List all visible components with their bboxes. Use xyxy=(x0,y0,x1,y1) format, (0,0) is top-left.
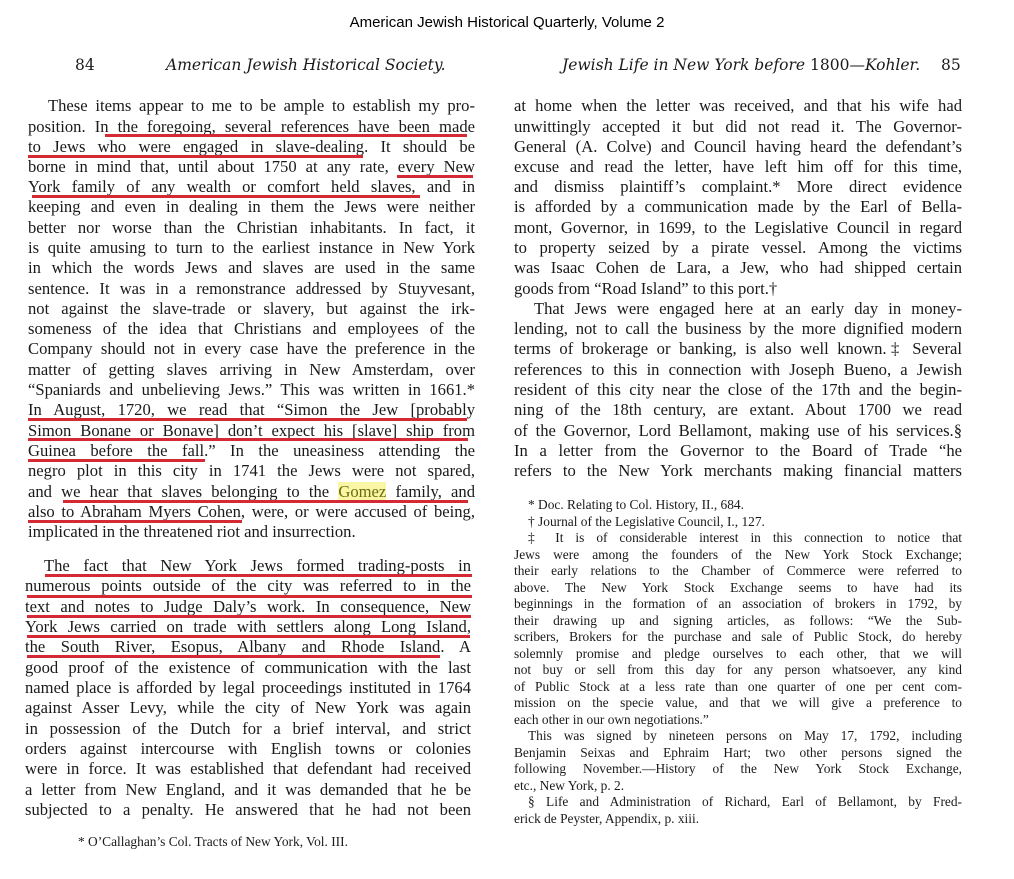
text-line: ning of the 18th century, are extant. Ab… xyxy=(514,400,962,420)
footnote: † Journal of the Legislative Council, I.… xyxy=(528,514,765,531)
underline-annotation xyxy=(28,438,468,441)
underline-annotation xyxy=(105,134,467,137)
text-line: not against the slave-trade or slavery, … xyxy=(28,299,475,319)
text-line: references to this in connection with Jo… xyxy=(514,360,962,380)
text-line: borne in mind that, until about 1750 at … xyxy=(28,157,475,177)
text-line: the South River, Esopus, Albany and Rhod… xyxy=(25,637,471,657)
text-line: and dismiss plaintiff’s complaint.* More… xyxy=(514,177,962,197)
text-line: matter of getting slaves arriving in New… xyxy=(28,360,475,380)
text-line: negro plot in this city in 1741 the Jews… xyxy=(28,461,475,481)
footnote: following November.—History of the New Y… xyxy=(514,761,962,778)
underline-annotation xyxy=(28,520,242,523)
text-line: is quite amusing to turn to the earliest… xyxy=(28,238,475,258)
text-line: mont, Governor, in 1699, to the Legislat… xyxy=(514,218,962,238)
footnote: * Doc. Relating to Col. History, II., 68… xyxy=(528,497,744,514)
underline-annotation xyxy=(27,635,470,638)
underline-annotation xyxy=(397,175,473,178)
text-line: in which the words Jews and slaves are u… xyxy=(28,258,475,278)
text-line: to Jews who were engaged in slave-dealin… xyxy=(28,137,475,157)
text-line: keeping and even in dealing in them the … xyxy=(28,197,475,217)
text-line: and we hear that slaves belonging to the… xyxy=(28,482,475,502)
text-line: numerous points outside of the city was … xyxy=(25,576,471,596)
text-line: subjected to a penalty. He answered that… xyxy=(25,800,471,820)
text-line: to property seized by a pirate vessel. A… xyxy=(514,238,962,258)
underline-annotation xyxy=(28,155,363,158)
underline-annotation xyxy=(28,459,205,462)
footnote: Benjamin Seixas and Ephraim Hart; two ot… xyxy=(514,745,962,762)
text-line: unwittingly accepted it but did not read… xyxy=(514,117,962,137)
running-head-title: American Jewish Historical Society. xyxy=(166,56,446,74)
running-head-title: Jewish Life in New York before 1800—Kohl… xyxy=(562,56,920,74)
running-head-year: 1800 xyxy=(810,56,849,74)
underline-annotation xyxy=(32,195,420,198)
highlighted-word: Gomez xyxy=(338,482,386,501)
footnote: mission on the specie value, and that we… xyxy=(514,695,962,712)
text-line: orders against intercourse with English … xyxy=(25,739,471,759)
window-title: American Jewish Historical Quarterly, Vo… xyxy=(0,14,1014,31)
page-number: 85 xyxy=(941,56,961,74)
text-line: in possession of the Dutch for a brief i… xyxy=(25,719,471,739)
footnote: their early relations to the Chamber of … xyxy=(514,563,962,580)
running-head-italic: Jewish Life in New York before xyxy=(562,56,805,74)
footnote: each other in our own negotiations.” xyxy=(514,712,709,729)
text-line: York Jews carried on trade with settlers… xyxy=(25,617,471,637)
footnote: erick de Peyster, Appendix, p. xiii. xyxy=(514,811,699,828)
text-line: General (A. Colve) and Council having he… xyxy=(514,137,962,157)
text-line: is afforded by a communication made by t… xyxy=(514,197,962,217)
underline-annotation xyxy=(28,418,467,421)
underline-annotation xyxy=(27,655,440,658)
text-line: also to Abraham Myers Cohen, were, or we… xyxy=(28,502,475,522)
underline-annotation xyxy=(63,500,468,503)
text-span: family, and xyxy=(386,482,475,501)
text-line: These items appear to me to be ample to … xyxy=(48,96,475,116)
text-line: In August, 1720, we read that “Simon the… xyxy=(28,400,475,420)
text-line: “Spaniards and unbelieving Jews.” This w… xyxy=(28,380,475,400)
text-line: someness of the idea that Christians and… xyxy=(28,319,475,339)
text-line: was Isaac Cohen de Lara, a Jew, who had … xyxy=(514,258,962,278)
text-line: against Asser Levy, while the city of Ne… xyxy=(25,698,471,718)
running-head-author: —Kohler. xyxy=(849,56,920,74)
footnote: solemnly promise and pledge ourselves to… xyxy=(514,646,962,663)
text-line: lending, not to call the business by the… xyxy=(514,319,962,339)
text-line: a letter from New England, and it was de… xyxy=(25,780,471,800)
text-line: named place is afforded by legal proceed… xyxy=(25,678,471,698)
footnote: their drawing up and signing articles, a… xyxy=(514,613,962,630)
footnote: of Public Stock at a less rate than one … xyxy=(514,679,962,696)
footnote: § Life and Administration of Richard, Ea… xyxy=(528,794,962,811)
underline-annotation xyxy=(45,574,472,577)
text-line: York family of any wealth or comfort hel… xyxy=(28,177,475,197)
footnote: Jews were among the founders of the New … xyxy=(514,547,962,564)
text-line: implicated in the threatened riot and in… xyxy=(28,522,475,542)
text-line: terms of brokerage or banking, is also w… xyxy=(514,339,962,359)
text-line: sentence. It was in a remonstrance addre… xyxy=(28,279,475,299)
text-line: better nor worse than the Christian inha… xyxy=(28,218,475,238)
footnote: ‡ It is of considerable interest in this… xyxy=(528,530,962,547)
text-line: text and notes to Judge Daly’s work. In … xyxy=(25,597,471,617)
text-line: goods from “Road Island” to this port.† xyxy=(514,279,962,299)
text-line: at home when the letter was received, an… xyxy=(514,96,962,116)
text-line: of the Governor, Lord Bellamont, making … xyxy=(514,421,962,441)
text-line: good proof of the existence of communica… xyxy=(25,658,471,678)
text-line: resident of this city near the close of … xyxy=(514,380,962,400)
text-line: refers to the New York merchants making … xyxy=(514,461,962,481)
text-line: Guinea before the fall.” In the uneasine… xyxy=(28,441,475,461)
text-line: In a letter from the Governor to the Boa… xyxy=(514,441,962,461)
footnote: not buy or sell from this day for any pe… xyxy=(514,662,962,679)
footnote: etc., New York, p. 2. xyxy=(514,778,624,795)
page-number: 84 xyxy=(75,56,95,74)
underline-annotation xyxy=(27,595,472,598)
underline-annotation xyxy=(27,615,471,618)
footnote: * O’Callaghan’s Col. Tracts of New York,… xyxy=(78,834,348,851)
text-line: excuse and read the letter, have left hi… xyxy=(514,157,962,177)
text-line: That Jews were engaged here at an early … xyxy=(534,299,962,319)
text-span: and we hear that slaves belonging to the xyxy=(28,482,338,501)
footnote: scribers, Brokers for the purchase and s… xyxy=(514,629,962,646)
text-line: The fact that New York Jews formed tradi… xyxy=(44,556,471,576)
text-line: were in force. It was established that d… xyxy=(25,759,471,779)
footnote: beginnings in the formation of an associ… xyxy=(514,596,962,613)
text-line: Company should not in every case have th… xyxy=(28,339,475,359)
footnote: This was signed by nineteen persons on M… xyxy=(528,728,962,745)
footnote: above. The New York Stock Exchange seems… xyxy=(514,580,962,597)
